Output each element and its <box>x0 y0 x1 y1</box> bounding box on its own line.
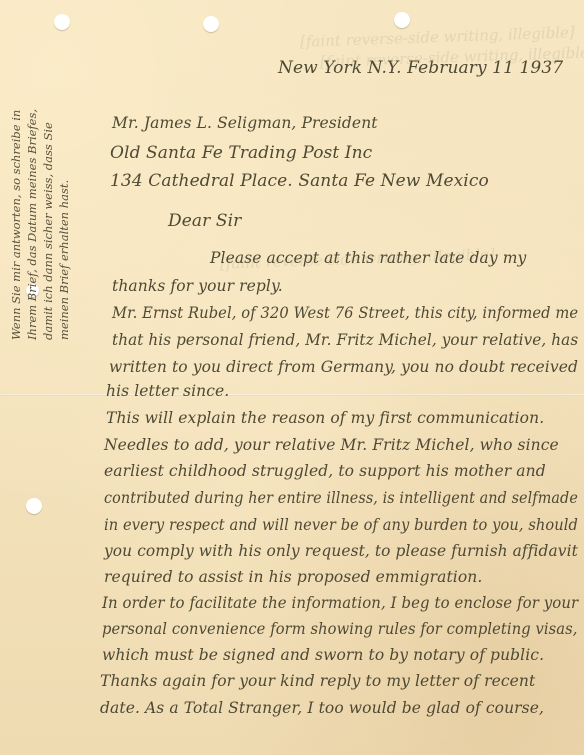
body-line: written to you direct from Germany, you … <box>109 360 578 376</box>
body-line: his letter since. <box>106 384 229 400</box>
paper-fold-line <box>0 394 584 396</box>
letter-page: [faint reverse-side writing, illegible] … <box>0 0 584 755</box>
body-line: Mr. Ernst Rubel, of 320 West 76 Street, … <box>112 306 578 322</box>
body-line: In order to facilitate the information, … <box>102 596 578 612</box>
body-line: Needles to add, your relative Mr. Fritz … <box>104 438 559 454</box>
margin-note-line: Wenn Sie mir antworten, so schreibe in <box>8 0 24 340</box>
punch-hole-top-center-right <box>394 12 410 28</box>
body-line: that his personal friend, Mr. Fritz Mich… <box>112 333 578 349</box>
margin-note-line: damit ich dann sicher weiss, dass Sie <box>40 0 56 340</box>
body-line: This will explain the reason of my first… <box>106 411 544 427</box>
body-line: in every respect and will never be of an… <box>104 518 578 534</box>
margin-note-german: Wenn Sie mir antworten, so schreibe in I… <box>8 0 72 340</box>
recipient-company: Old Santa Fe Trading Post Inc <box>110 145 372 162</box>
body-line: which must be signed and sworn to by not… <box>102 648 544 664</box>
body-line: Thanks again for your kind reply to my l… <box>100 674 535 690</box>
margin-note-line: Ihrem Brief, das Datum meines Briefes, <box>24 0 40 340</box>
body-line: earliest childhood struggled, to support… <box>104 464 546 480</box>
body-line: contributed during her entire illness, i… <box>104 491 578 507</box>
punch-hole-top-center-left <box>203 16 219 32</box>
margin-note-line: meinen Brief erhalten hast. <box>56 0 72 340</box>
body-line: personal convenience form showing rules … <box>102 622 577 638</box>
dateline: New York N.Y. February 11 1937 <box>278 60 563 77</box>
body-line: Please accept at this rather late day my <box>210 251 526 267</box>
recipient-name: Mr. James L. Seligman, President <box>112 116 378 132</box>
body-line: date. As a Total Stranger, I too would b… <box>100 701 544 717</box>
body-line: required to assist in his proposed emmig… <box>104 570 482 586</box>
punch-hole-left-middle <box>26 498 42 514</box>
salutation: Dear Sir <box>168 213 241 230</box>
body-line: you comply with his only request, to ple… <box>104 544 578 560</box>
recipient-address: 134 Cathedral Place. Santa Fe New Mexico <box>110 173 489 190</box>
body-line: thanks for your reply. <box>112 279 283 295</box>
